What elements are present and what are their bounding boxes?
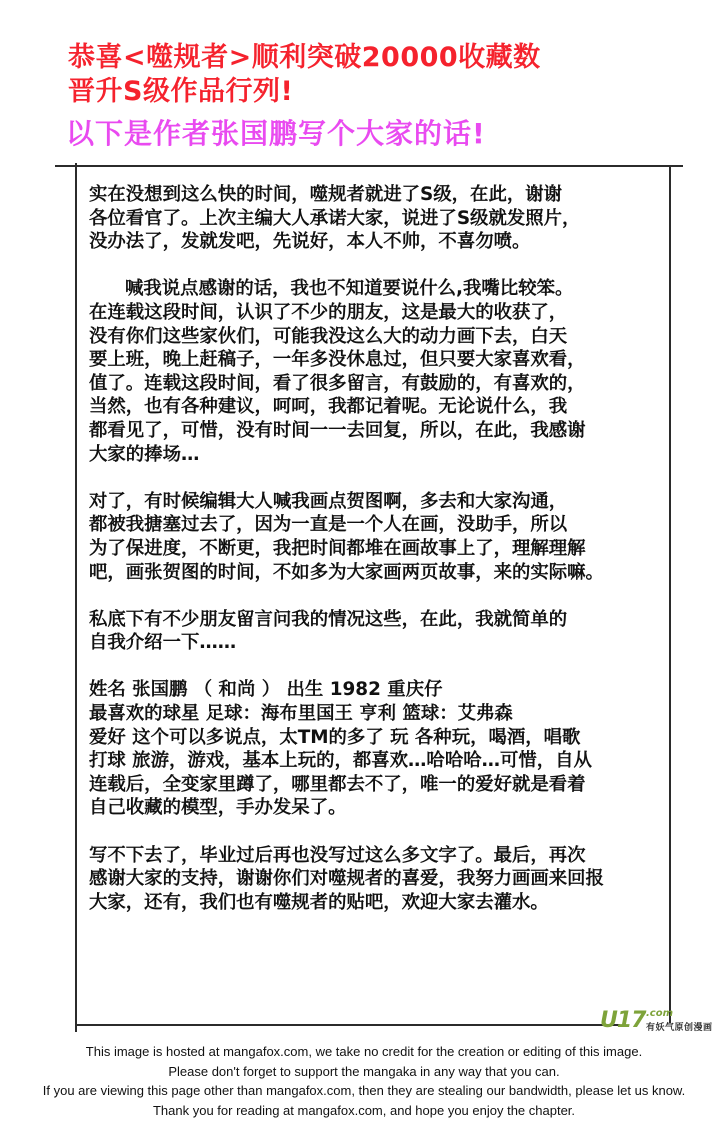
paragraph-self-intro: 私底下有不少朋友留言问我的情况这些，在此，我就简单的 自我介绍一下…… [89, 608, 669, 655]
letter-line: 写不下去了，毕业过后再也没写过这么多文字了。最后，再次 [89, 844, 669, 868]
paragraph-gratitude: 喊我说点感谢的话，我也不知道要说什么,我嘴比较笨。 在连载这段时间，认识了不少的… [89, 277, 669, 466]
letter-line: 都看见了，可惜，没有时间一一去回复，所以，在此，我感谢 [89, 419, 669, 443]
paragraph-closing: 写不下去了，毕业过后再也没写过这么多文字了。最后，再次 感谢大家的支持，谢谢你们… [89, 844, 669, 915]
letter-line: 没有你们这些家伙们，可能我没这么大的动力画下去，白天 [89, 325, 669, 349]
letter-line: 打球 旅游，游戏，基本上玩的，都喜欢…哈哈哈…可惜，自从 [89, 749, 669, 773]
letter-line: 最喜欢的球星 足球：海布里国王 亨利 篮球：艾弗森 [89, 702, 669, 726]
paragraph-thanks-s-rank: 实在没想到这么快的时间，噬规者就进了S级，在此，谢谢 各位看官了。上次主编大人承… [89, 183, 669, 254]
disclaimer-line: Thank you for reading at mangafox.com, a… [0, 1101, 728, 1121]
letter-line: 爱好 这个可以多说点，太TM的多了 玩 各种玩，喝酒，唱歌 [89, 726, 669, 750]
hosting-disclaimer: This image is hosted at mangafox.com, we… [0, 1042, 728, 1120]
letter-line: 私底下有不少朋友留言问我的情况这些，在此，我就简单的 [89, 608, 669, 632]
letter-line: 在连载这段时间，认识了不少的朋友，这是最大的收获了， [89, 301, 669, 325]
letter-line: 值了。连载这段时间，看了很多留言，有鼓励的，有喜欢的， [89, 372, 669, 396]
letter-line: 吧，画张贺图的时间，不如多为大家画两页故事，来的实际嘛。 [89, 561, 669, 585]
letter-line: 自己收藏的模型，手办发呆了。 [89, 796, 669, 820]
letter-line: 大家的捧场… [89, 443, 669, 467]
disclaimer-line: This image is hosted at mangafox.com, we… [0, 1042, 728, 1062]
author-letter: 实在没想到这么快的时间，噬规者就进了S级，在此，谢谢 各位看官了。上次主编大人承… [89, 183, 669, 938]
letter-line: 连载后，全变家里蹲了，哪里都去不了，唯一的爱好就是看着 [89, 773, 669, 797]
letter-line: 感谢大家的支持，谢谢你们对噬规者的喜爱，我努力画画来回报 [89, 867, 669, 891]
letter-line: 要上班，晚上赶稿子，一年多没休息过，但只要大家喜欢看， [89, 348, 669, 372]
disclaimer-line: If you are viewing this page other than … [0, 1081, 728, 1101]
logo-brand: U17 [600, 1010, 645, 1032]
frame-bottom-border [75, 1024, 620, 1026]
letter-line: 各位看官了。上次主编大人承诺大家，说进了S级就发照片， [89, 207, 669, 231]
u17-logo: U17 .com 有妖气原创漫画 [600, 1010, 725, 1034]
disclaimer-line: Please don't forget to support the manga… [0, 1062, 728, 1082]
headline-congratulations: 恭喜<噬规者>顺利突破20000收藏数 [68, 42, 541, 74]
headline-promotion: 晋升S级作品行列! [68, 76, 293, 108]
logo-domain: .com [646, 1008, 673, 1019]
headline-author-intro: 以下是作者张国鹏写个大家的话! [66, 118, 486, 150]
frame-top-border [55, 165, 683, 167]
letter-line: 都被我搪塞过去了，因为一直是一个人在画，没助手，所以 [89, 513, 669, 537]
letter-line: 自我介绍一下…… [89, 631, 669, 655]
logo-tagline: 有妖气原创漫画 [646, 1020, 713, 1033]
paragraph-celebration-art: 对了，有时候编辑大人喊我画点贺图啊，多去和大家沟通， 都被我搪塞过去了，因为一直… [89, 490, 669, 584]
letter-line: 为了保进度，不断更，我把时间都堆在画故事上了，理解理解 [89, 537, 669, 561]
letter-line: 大家，还有，我们也有噬规者的贴吧，欢迎大家去灌水。 [89, 891, 669, 915]
letter-line: 喊我说点感谢的话，我也不知道要说什么,我嘴比较笨。 [89, 277, 669, 301]
letter-line: 没办法了，发就发吧，先说好，本人不帅，不喜勿喷。 [89, 230, 669, 254]
paragraph-profile: 姓名 张国鹏 （ 和尚 ） 出生 1982 重庆仔 最喜欢的球星 足球：海布里国… [89, 678, 669, 820]
letter-line: 当然，也有各种建议，呵呵，我都记着呢。无论说什么，我 [89, 395, 669, 419]
frame-left-border [75, 163, 77, 1032]
letter-line: 对了，有时候编辑大人喊我画点贺图啊，多去和大家沟通， [89, 490, 669, 514]
letter-line: 姓名 张国鹏 （ 和尚 ） 出生 1982 重庆仔 [89, 678, 669, 702]
frame-right-border [669, 165, 671, 1023]
letter-line: 实在没想到这么快的时间，噬规者就进了S级，在此，谢谢 [89, 183, 669, 207]
